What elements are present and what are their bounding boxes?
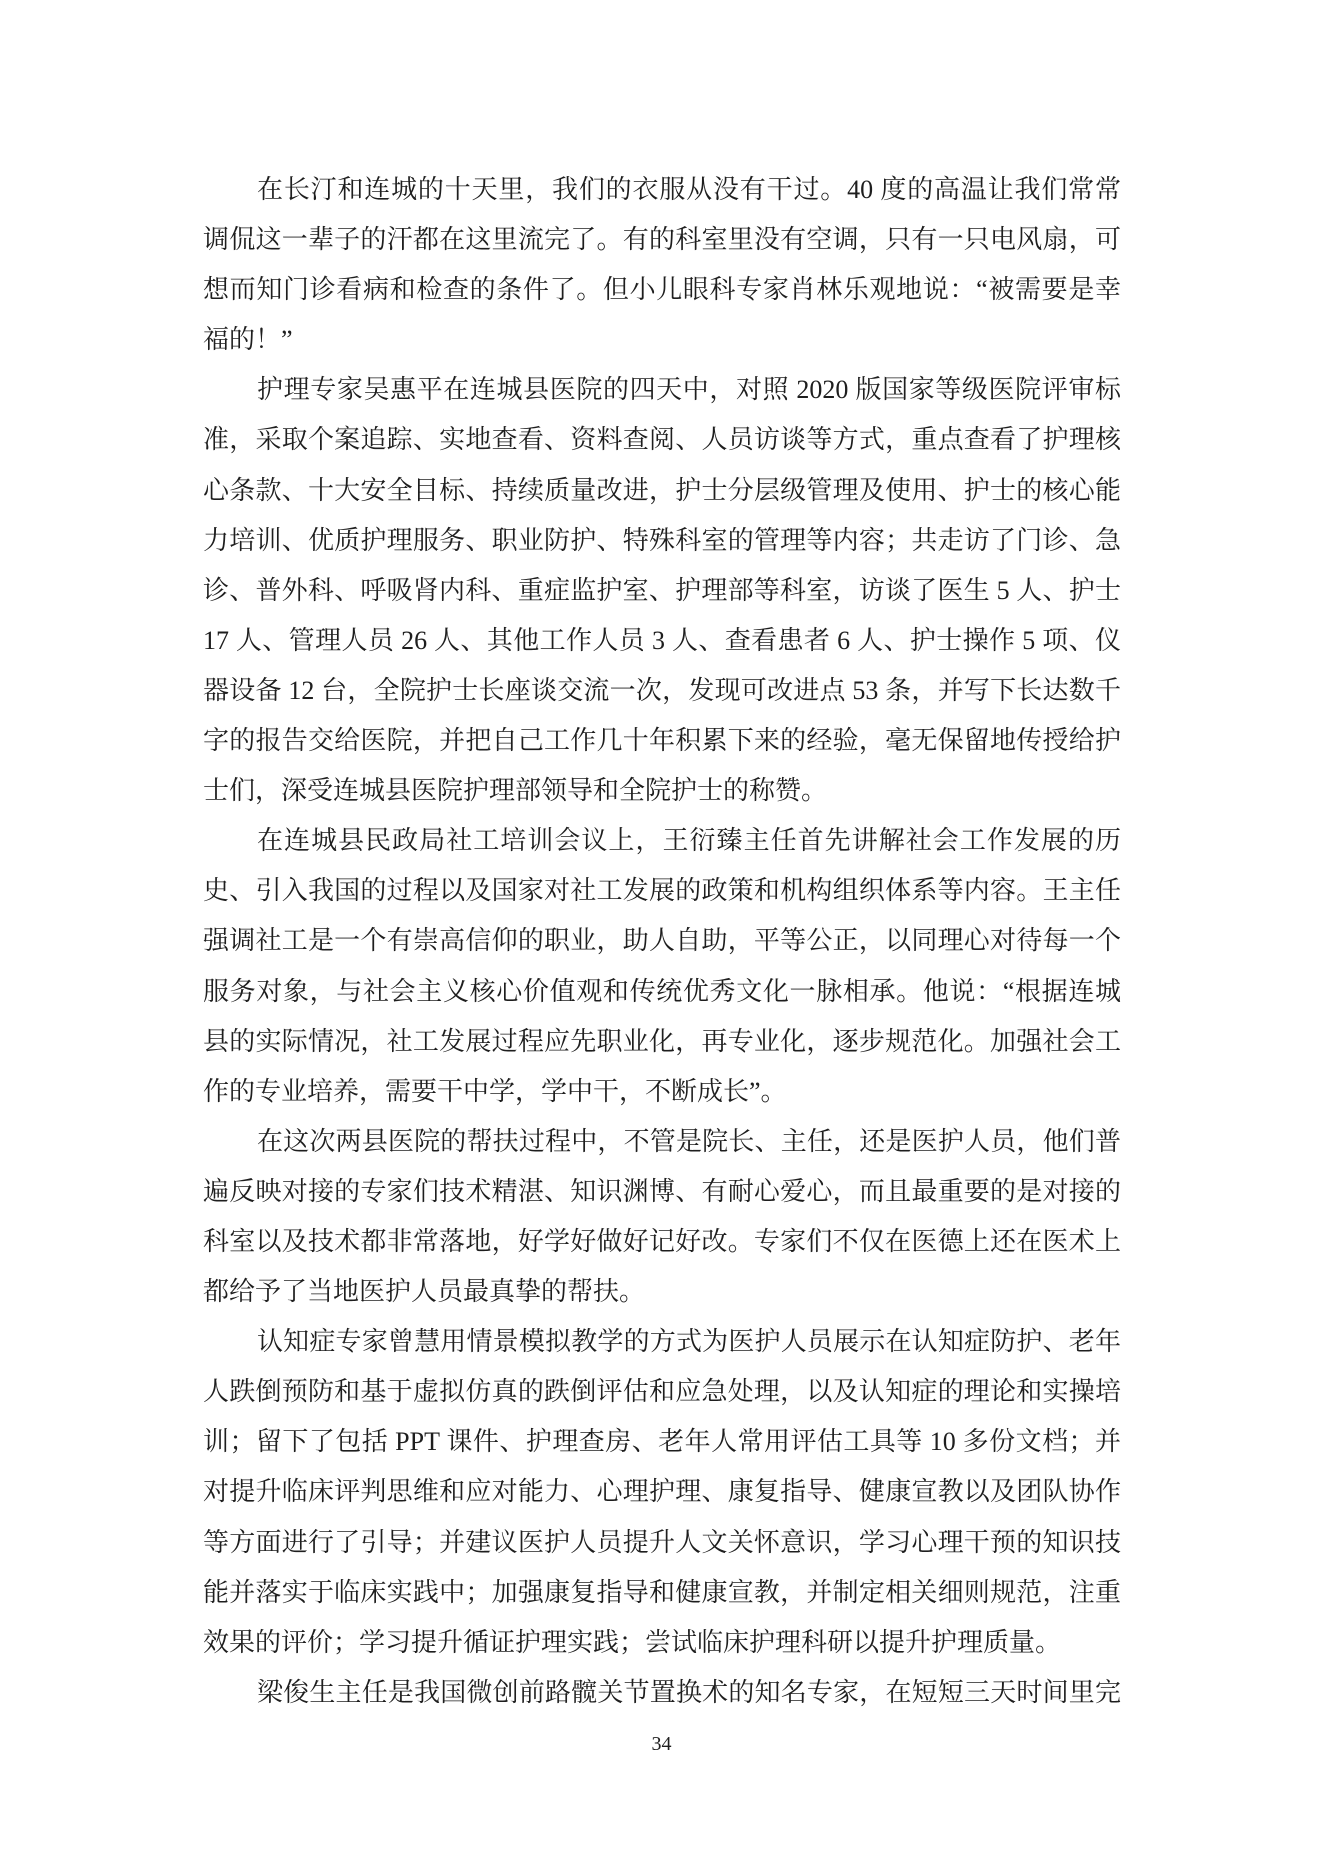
paragraph: 护理专家吴惠平在连城县医院的四天中，对照 2020 版国家等级医院评审标 准，采… (203, 365, 1121, 816)
text-line: 器设备 12 台，全院护士长座谈交流一次，发现可改进点 53 条，并写下长达数千 (203, 666, 1121, 716)
text-line: 都给予了当地医护人员最真挚的帮扶。 (203, 1267, 1121, 1317)
text-line: 在这次两县医院的帮扶过程中，不管是院长、主任，还是医护人员，他们普 (203, 1117, 1121, 1167)
paragraph: 认知症专家曾慧用情景模拟教学的方式为医护人员展示在认知症防护、老年 人跌倒预防和… (203, 1317, 1121, 1668)
text-line: 能并落实于临床实践中；加强康复指导和健康宣教，并制定相关细则规范，注重 (203, 1568, 1121, 1618)
text-line: 士们，深受连城县医院护理部领导和全院护士的称赞。 (203, 766, 1121, 816)
text-line: 字的报告交给医院，并把自己工作几十年积累下来的经验，毫无保留地传授给护 (203, 716, 1121, 766)
text-line: 等方面进行了引导；并建议医护人员提升人文关怀意识，学习心理干预的知识技 (203, 1518, 1121, 1568)
paragraph: 在这次两县医院的帮扶过程中，不管是院长、主任，还是医护人员，他们普 遍反映对接的… (203, 1117, 1121, 1317)
paragraph: 在连城县民政局社工培训会议上，王衍臻主任首先讲解社会工作发展的历 史、引入我国的… (203, 816, 1121, 1117)
text-line: 想而知门诊看病和检查的条件了。但小儿眼科专家肖林乐观地说：“被需要是幸 (203, 265, 1121, 315)
text-line: 梁俊生主任是我国微创前路髋关节置换术的知名专家，在短短三天时间里完 (203, 1668, 1121, 1718)
text-line: 史、引入我国的过程以及国家对社工发展的政策和机构组织体系等内容。王主任 (203, 866, 1121, 916)
text-line: 准，采取个案追踪、实地查看、资料查阅、人员访谈等方式，重点查看了护理核 (203, 415, 1121, 465)
text-line: 认知症专家曾慧用情景模拟教学的方式为医护人员展示在认知症防护、老年 (203, 1317, 1121, 1367)
text-line: 福的！” (203, 315, 1121, 365)
text-line: 县的实际情况，社工发展过程应先职业化，再专业化，逐步规范化。加强社会工 (203, 1017, 1121, 1067)
text-line: 在长汀和连城的十天里，我们的衣服从没有干过。40 度的高温让我们常常 (203, 165, 1121, 215)
text-line: 心条款、十大安全目标、持续质量改进，护士分层级管理及使用、护士的核心能 (203, 466, 1121, 516)
text-line: 诊、普外科、呼吸肾内科、重症监护室、护理部等科室，访谈了医生 5 人、护士 (203, 566, 1121, 616)
text-line: 在连城县民政局社工培训会议上，王衍臻主任首先讲解社会工作发展的历 (203, 816, 1121, 866)
text-line: 护理专家吴惠平在连城县医院的四天中，对照 2020 版国家等级医院评审标 (203, 365, 1121, 415)
page-number: 34 (0, 1733, 1323, 1756)
text-line: 人跌倒预防和基于虚拟仿真的跌倒评估和应急处理，以及认知症的理论和实操培 (203, 1367, 1121, 1417)
text-line: 服务对象，与社会主义核心价值观和传统优秀文化一脉相承。他说：“根据连城 (203, 967, 1121, 1017)
text-line: 强调社工是一个有崇高信仰的职业，助人自助，平等公正，以同理心对待每一个 (203, 916, 1121, 966)
text-line: 训；留下了包括 PPT 课件、护理查房、老年人常用评估工具等 10 多份文档；并 (203, 1417, 1121, 1467)
text-line: 调侃这一辈子的汗都在这里流完了。有的科室里没有空调，只有一只电风扇，可 (203, 215, 1121, 265)
text-line: 力培训、优质护理服务、职业防护、特殊科室的管理等内容；共走访了门诊、急 (203, 516, 1121, 566)
text-line: 科室以及技术都非常落地，好学好做好记好改。专家们不仅在医德上还在医术上 (203, 1217, 1121, 1267)
text-line: 17 人、管理人员 26 人、其他工作人员 3 人、查看患者 6 人、护士操作 … (203, 616, 1121, 666)
text-line: 效果的评价；学习提升循证护理实践；尝试临床护理科研以提升护理质量。 (203, 1618, 1121, 1668)
paragraph: 梁俊生主任是我国微创前路髋关节置换术的知名专家，在短短三天时间里完 (203, 1668, 1121, 1718)
text-line: 遍反映对接的专家们技术精湛、知识渊博、有耐心爱心，而且最重要的是对接的 (203, 1167, 1121, 1217)
document-page: 在长汀和连城的十天里，我们的衣服从没有干过。40 度的高温让我们常常 调侃这一辈… (0, 0, 1323, 1871)
text-line: 对提升临床评判思维和应对能力、心理护理、康复指导、健康宣教以及团队协作 (203, 1467, 1121, 1517)
body-text: 在长汀和连城的十天里，我们的衣服从没有干过。40 度的高温让我们常常 调侃这一辈… (203, 165, 1121, 1718)
paragraph: 在长汀和连城的十天里，我们的衣服从没有干过。40 度的高温让我们常常 调侃这一辈… (203, 165, 1121, 365)
text-line: 作的专业培养，需要干中学，学中干，不断成长”。 (203, 1067, 1121, 1117)
